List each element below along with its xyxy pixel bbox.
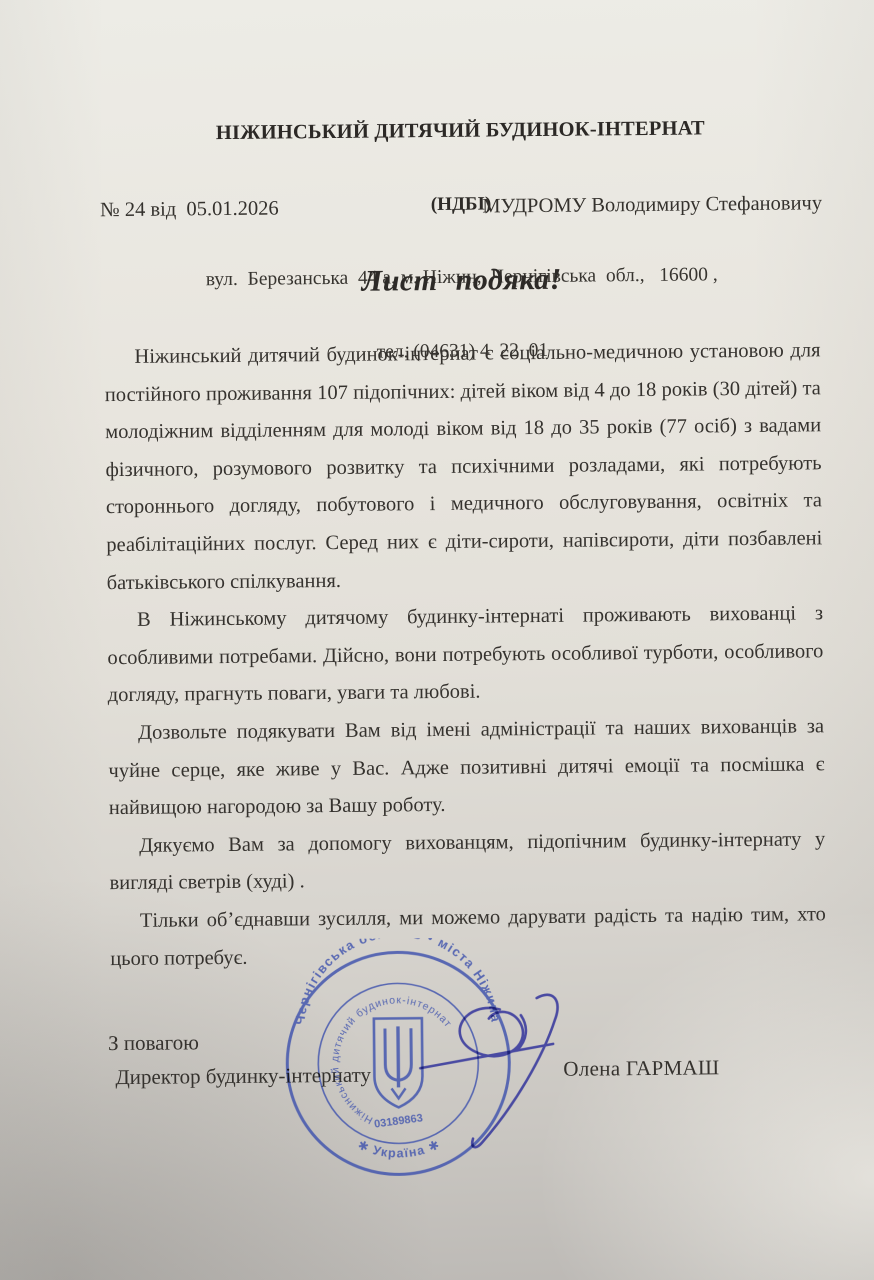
letter-body: Ніжинський дитячий будинок-інтернат є со… bbox=[104, 332, 826, 978]
doc-number-and-date: № 24 від 05.01.2026 bbox=[100, 198, 279, 223]
org-name: НІЖИНСЬКИЙ ДИТЯЧИЙ БУДИНОК-ІНТЕРНАТ bbox=[99, 115, 821, 146]
scan-tilt-wrapper: НІЖИНСЬКИЙ ДИТЯЧИЙ БУДИНОК-ІНТЕРНАТ (НДБ… bbox=[0, 0, 874, 1280]
letter-title: Лист подяка! bbox=[101, 260, 823, 301]
signature-stroke bbox=[460, 1008, 524, 1057]
recipient-name: МУДРОМУ Володимиру Стефановичу bbox=[482, 192, 822, 218]
body-paragraph: Ніжинський дитячий будинок-інтернат є со… bbox=[104, 332, 822, 602]
director-name: Олена ГАРМАШ bbox=[563, 1055, 719, 1081]
body-paragraph: Дякуємо Вам за допомогу вихованцям, підо… bbox=[109, 821, 826, 903]
document-page: НІЖИНСЬКИЙ ДИТЯЧИЙ БУДИНОК-ІНТЕРНАТ (НДБ… bbox=[0, 0, 874, 1280]
signature-ink bbox=[403, 982, 585, 1169]
body-paragraph: В Ніжинському дитячому будинку-інтернаті… bbox=[107, 595, 824, 715]
body-paragraph: Дозвольте подякувати Вам від імені адмін… bbox=[108, 708, 825, 828]
signoff-closing: З повагою bbox=[108, 1030, 199, 1056]
